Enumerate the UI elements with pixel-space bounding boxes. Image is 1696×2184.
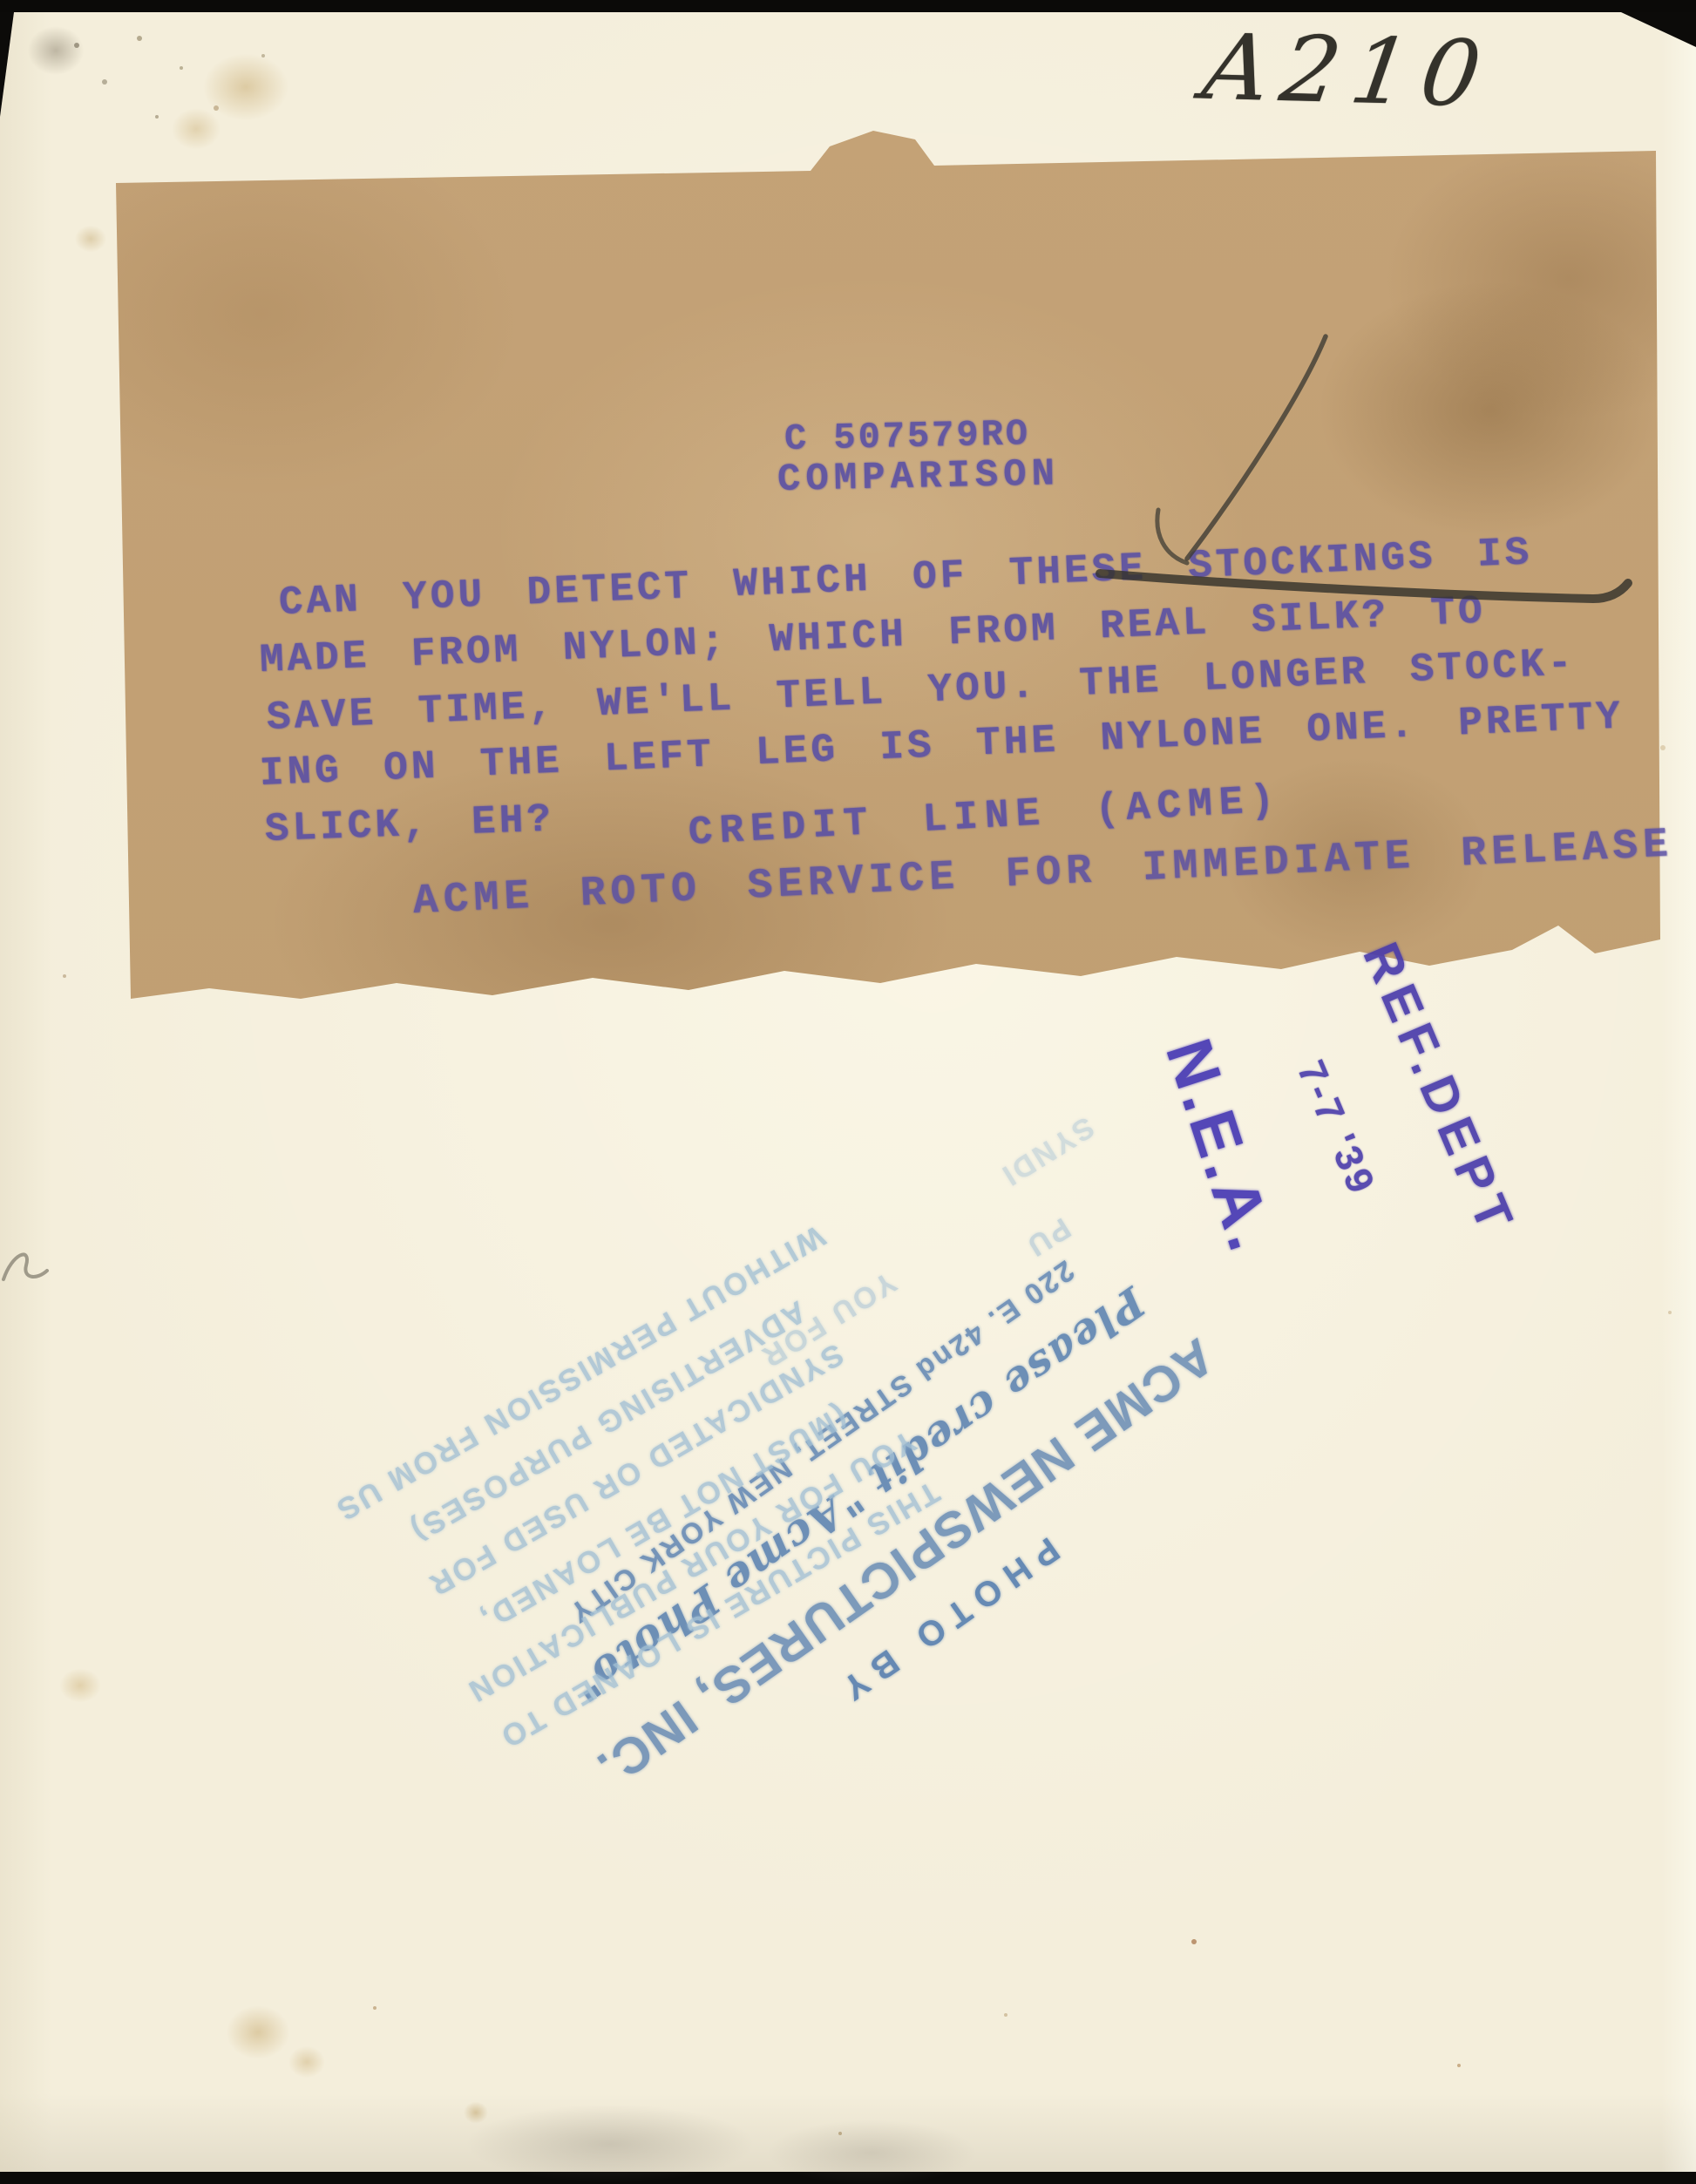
photo-verso-scan: C 507579RO COMPARISON CAN YOU DETECT WHI… — [0, 0, 1696, 2184]
scan-corner-shadow-top-left — [0, 12, 14, 117]
photo-paper-back: C 507579RO COMPARISON CAN YOU DETECT WHI… — [0, 12, 1696, 2172]
pencil-corner-squiggle — [3, 1254, 47, 1279]
loan-stamp-fragment: SYNDI — [994, 1109, 1100, 1193]
nea-agency-stamp: N.E.A. — [1151, 1030, 1290, 1264]
handwritten-catalog-number: A210 — [1197, 14, 1500, 127]
scan-corner-shadow-top-right — [1621, 12, 1696, 47]
ref-dept-stamp: REF.DEPT — [1351, 934, 1527, 1246]
caption-title: COMPARISON — [777, 452, 1060, 502]
date-stamp: 7-7 '39 — [1288, 1055, 1384, 1203]
